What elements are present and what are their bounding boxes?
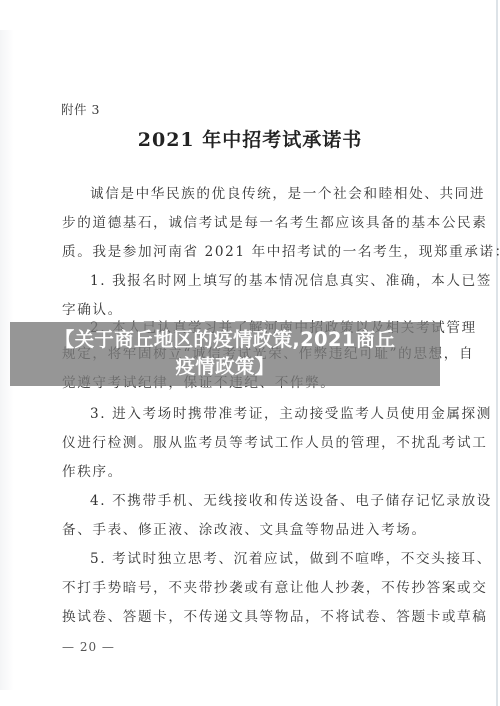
body-line: 诚信是中华民族的优良传统，是一个社会和睦相处、共同进: [90, 182, 485, 202]
overlay-title: 【关于商丘地区的疫情政策,2021商丘 疫情政策】: [10, 326, 440, 380]
document-title: 2021 年中招考试承诺书: [0, 125, 500, 152]
overlay-title-line-1: 【关于商丘地区的疫情政策,2021商丘: [10, 326, 440, 353]
body-line: 不打手势暗号，不夹带抄袭或有意让他人抄袭，不传抄答案或交: [62, 576, 487, 596]
body-line: 步的道德基石，诚信考试是每一名考生都应该具备的基本公民素: [62, 211, 487, 231]
body-line: 1. 我报名时网上填写的基本情况信息真实、准确，本人已签: [90, 269, 492, 289]
body-line: 3. 进入考场时携带准考证，主动接受监考人员使用金属探测: [90, 402, 492, 422]
body-line: 5. 考试时独立思考、沉着应试，做到不喧哗，不交头接耳、: [90, 547, 492, 567]
overlay-title-line-2: 疫情政策】: [10, 353, 440, 380]
body-line: 仪进行检测。服从监考员等考试工作人员的管理，不扰乱考试工: [62, 431, 487, 451]
body-line: 字确认。: [62, 298, 123, 318]
page-number: — 20 —: [62, 640, 115, 654]
attachment-label: 附件 3: [61, 100, 100, 118]
body-line: 换试卷、答题卡，不传递文具等物品，不将试卷、答题卡或草稿: [62, 605, 487, 625]
page-edge-line: [496, 0, 498, 706]
body-line: 作秩序。: [62, 460, 123, 480]
body-line: 质。我是参加河南省 2021 年中招考试的一名考生，现郑重承诺：: [62, 240, 500, 260]
body-line: 4. 不携带手机、无线接收和传送设备、电子储存记忆录放设: [90, 489, 492, 509]
body-line: 备、手表、修正液、涂改液、文具盒等物品进入考场。: [62, 518, 427, 538]
